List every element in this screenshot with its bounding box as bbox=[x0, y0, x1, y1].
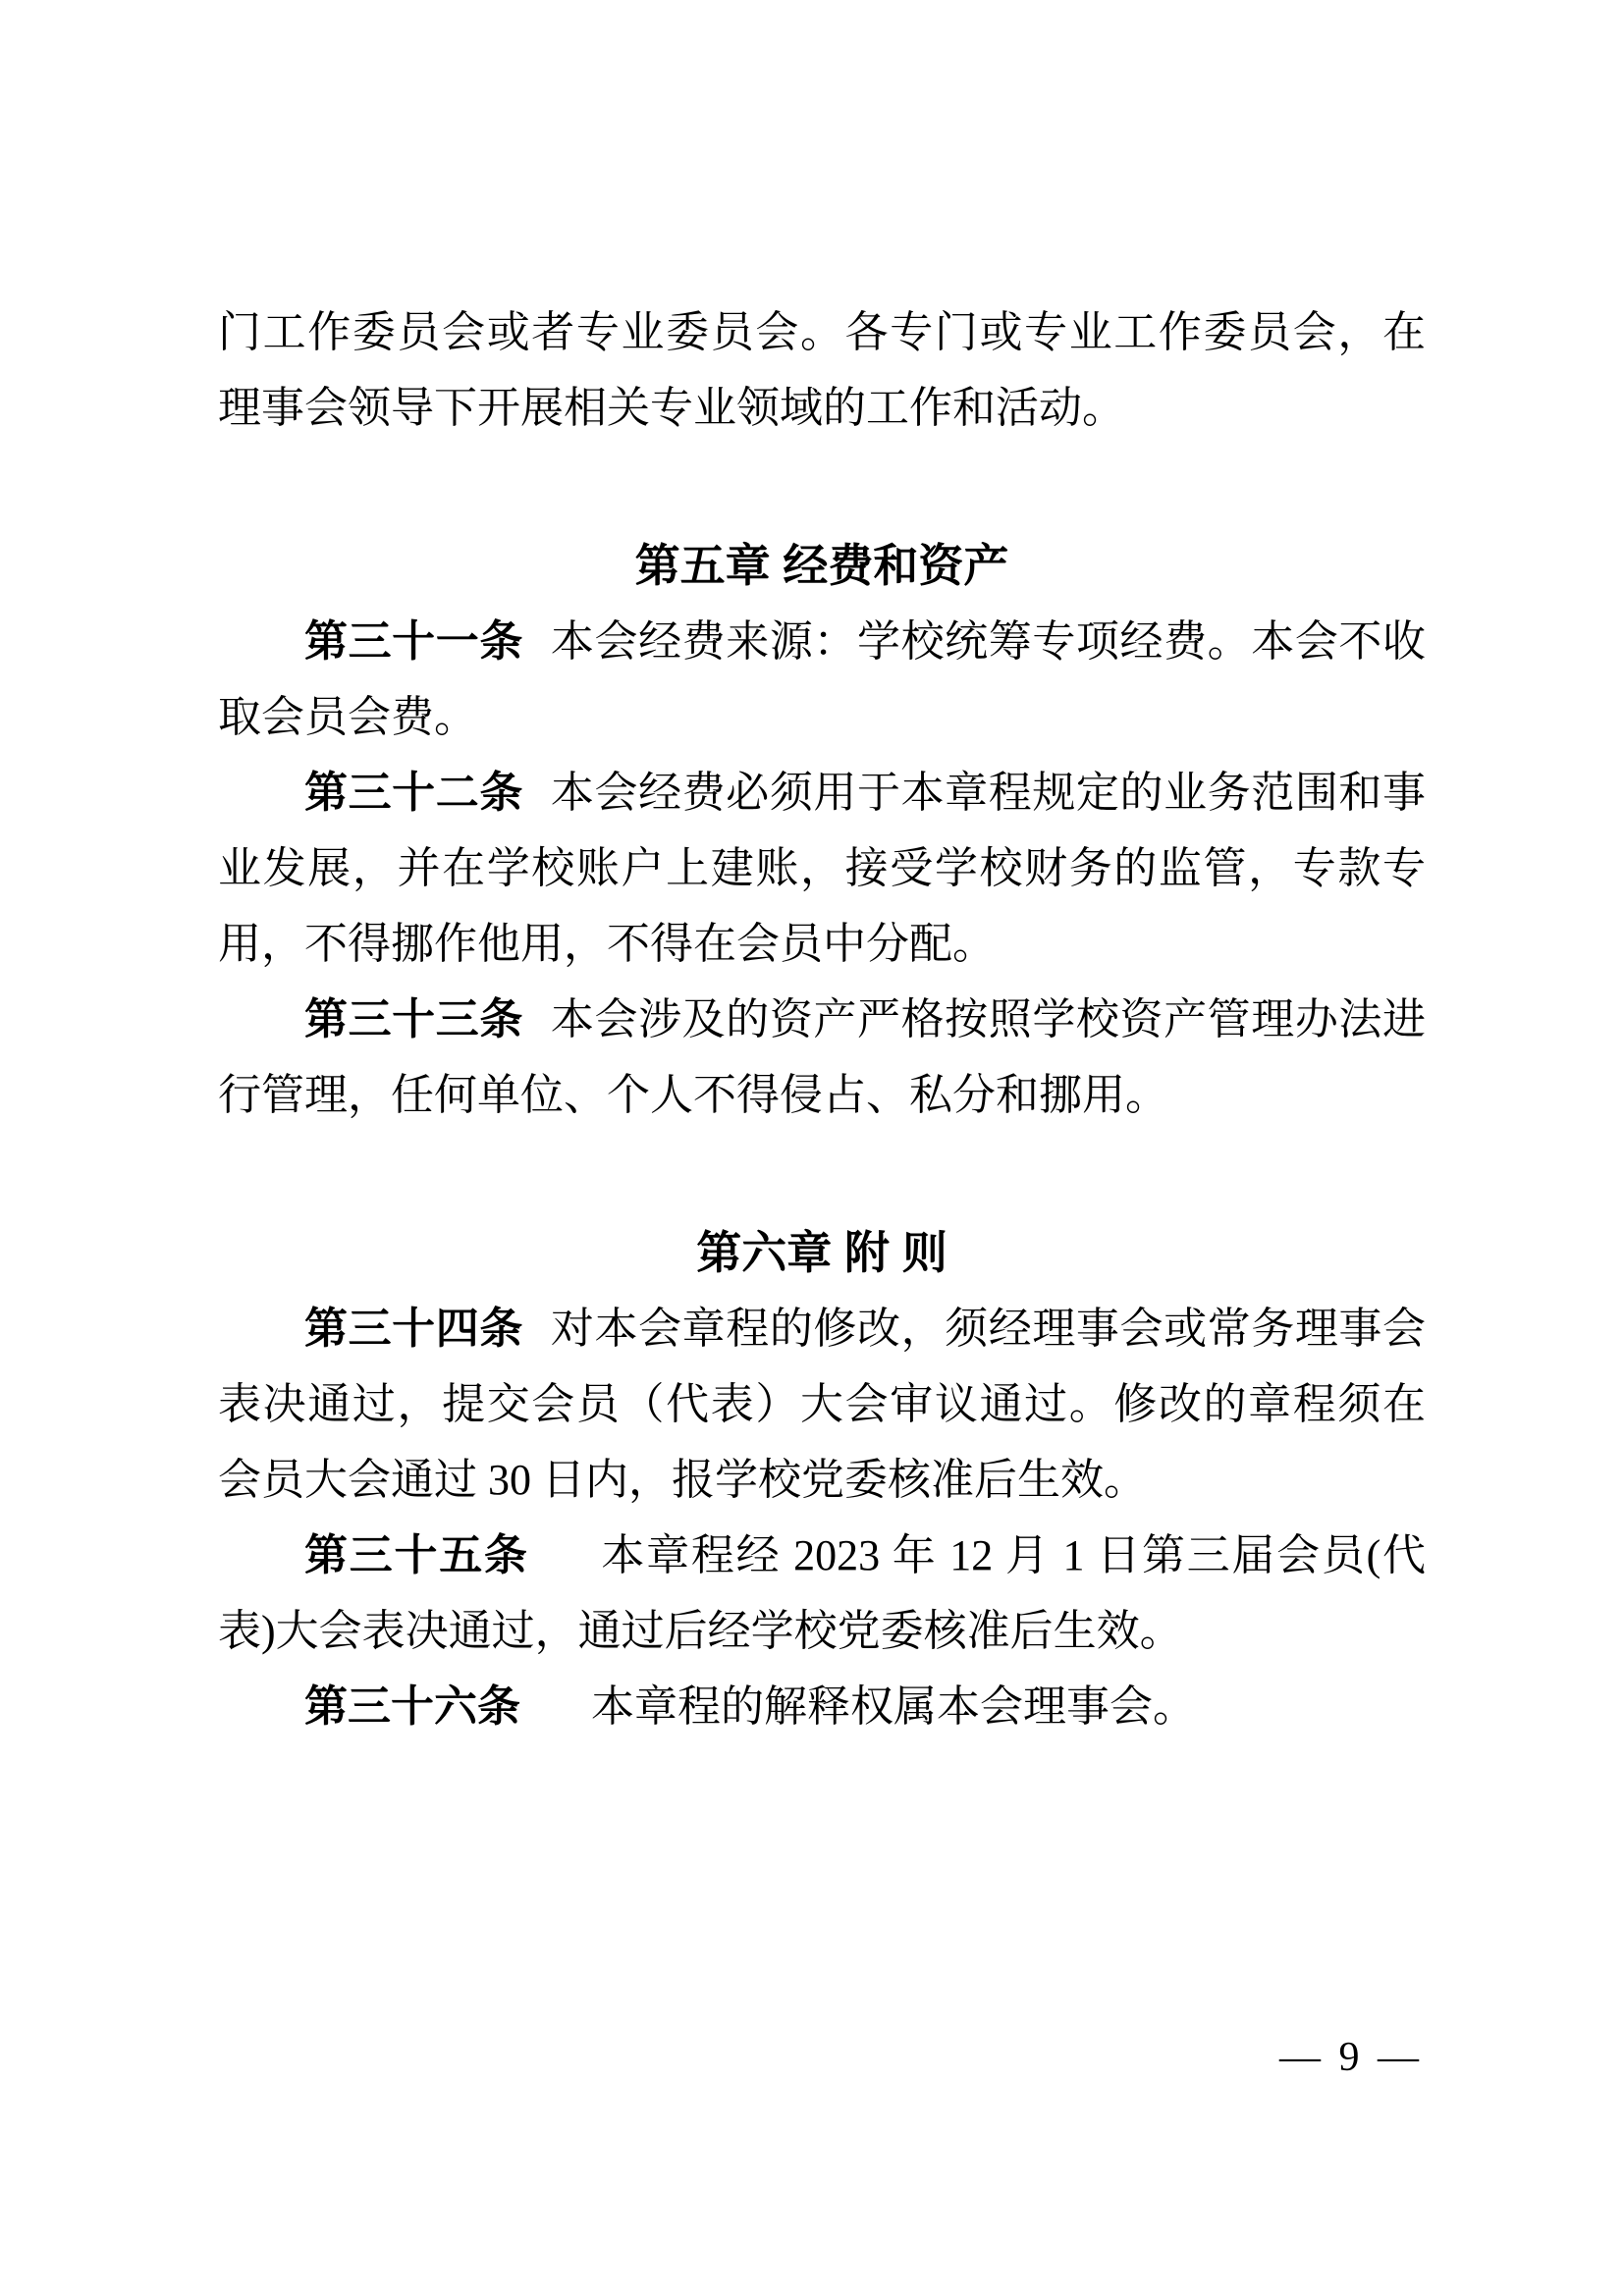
article-32-paragraph: 第三十二条本会经费必须用于本章程规定的业务范围和事业发展，并在学校账户上建账，接… bbox=[218, 755, 1426, 982]
article-36-paragraph: 第三十六条 本章程的解释权属本会理事会。 bbox=[218, 1669, 1426, 1744]
article-36-text: 本章程的解释权属本会理事会。 bbox=[548, 1682, 1196, 1731]
article-32-number: 第三十二条 bbox=[304, 769, 523, 817]
article-35-number: 第三十五条 bbox=[304, 1531, 529, 1579]
article-33-paragraph: 第三十三条本会涉及的资产严格按照学校资产管理办法进行管理，任何单位、个人不得侵占… bbox=[218, 982, 1426, 1133]
document-page: 门工作委员会或者专业委员会。各专门或专业工作委员会，在理事会领导下开展相关专业领… bbox=[0, 0, 1624, 2296]
article-34-paragraph: 第三十四条对本会章程的修改，须经理事会或常务理事会表决通过，提交会员（代表）大会… bbox=[218, 1291, 1426, 1518]
article-33-number: 第三十三条 bbox=[304, 995, 523, 1043]
continuation-paragraph-text: 门工作委员会或者专业委员会。各专门或专业工作委员会，在理事会领导下开展相关专业领… bbox=[218, 308, 1426, 432]
article-36-number: 第三十六条 bbox=[304, 1682, 520, 1731]
page-number: — 9 — bbox=[1279, 2030, 1423, 2085]
document-body: 门工作委员会或者专业委员会。各专门或专业工作委员会，在理事会领导下开展相关专业领… bbox=[218, 294, 1426, 1744]
chapter-5-heading: 第五章 经费和资产 bbox=[218, 528, 1426, 604]
article-31-number: 第三十一条 bbox=[304, 617, 523, 666]
article-31-paragraph: 第三十一条本会经费来源：学校统筹专项经费。本会不收取会员会费。 bbox=[218, 604, 1426, 755]
article-34-number: 第三十四条 bbox=[304, 1305, 523, 1353]
article-35-paragraph: 第三十五条 本章程经 2023 年 12 月 1 日第三届会员(代表)大会表决通… bbox=[218, 1518, 1426, 1669]
continuation-paragraph: 门工作委员会或者专业委员会。各专门或专业工作委员会，在理事会领导下开展相关专业领… bbox=[218, 294, 1426, 446]
chapter-6-heading: 第六章 附 则 bbox=[218, 1215, 1426, 1291]
